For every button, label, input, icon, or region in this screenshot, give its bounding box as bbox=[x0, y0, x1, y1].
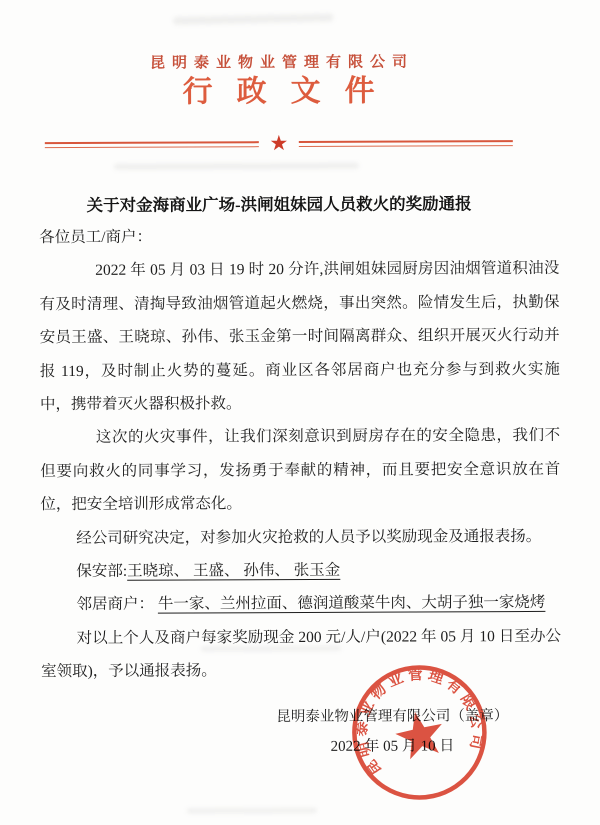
paragraph-lesson: 这次的火灾事件，让我们深刻意识到厨房存在的安全隐患，我们不但要向救火的同事学习，… bbox=[40, 419, 560, 521]
divider-line-left bbox=[45, 141, 259, 148]
scan-artifact bbox=[187, 808, 317, 814]
reward-list-merchants: 邻居商户： 牛一家、兰州拉面、德润道酸菜牛肉、大胡子独一家烧烤 bbox=[41, 586, 561, 622]
divider-line-right bbox=[299, 140, 513, 147]
merchants-label: 邻居商户： bbox=[76, 596, 154, 613]
document-body: 各位员工/商户： 2022 年 05 月 03 日 19 时 20 分许,洪闸姐… bbox=[39, 219, 561, 689]
salutation: 各位员工/商户： bbox=[39, 219, 559, 255]
scan-artifact bbox=[114, 163, 359, 170]
company-seal: 昆明泰业物业管理有限公司 bbox=[336, 649, 503, 816]
merchants-names: 牛一家、兰州拉面、德润道酸菜牛肉、大胡子独一家烧烤 bbox=[158, 594, 546, 613]
security-dept-names: 王晓琼、 王盛、 孙伟、 张玉金 bbox=[127, 562, 340, 580]
scan-artifact bbox=[173, 13, 333, 24]
security-dept-label: 保安部: bbox=[76, 563, 127, 580]
document-title: 关于对金海商业广场-洪闸姐妹园人员救火的奖励通报 bbox=[0, 190, 559, 216]
scanned-document-page: 昆明泰业物业管理有限公司 行政文件 ★ 关于对金海商业广场-洪闸姐妹园人员救火的… bbox=[0, 0, 600, 825]
reward-list-security: 保安部:王晓琼、 王盛、 孙伟、 张玉金 bbox=[41, 553, 561, 589]
letterhead-divider: ★ bbox=[45, 135, 513, 153]
seal-star-icon bbox=[392, 707, 448, 761]
letterhead-doc-type: 行政文件 bbox=[0, 65, 559, 111]
paragraph-decision: 经公司研究决定，对参加火灾抢救的人员予以奖励现金及通报表扬。 bbox=[40, 520, 560, 556]
paragraph-reward-amount: 对以上个人及商户每家奖励现金 200 元/人/户(2022 年 05 月 10 … bbox=[41, 620, 561, 689]
star-icon: ★ bbox=[269, 135, 288, 151]
paragraph-incident: 2022 年 05 月 03 日 19 时 20 分许,洪闸姐妹园厨房因油烟管道… bbox=[39, 252, 560, 421]
